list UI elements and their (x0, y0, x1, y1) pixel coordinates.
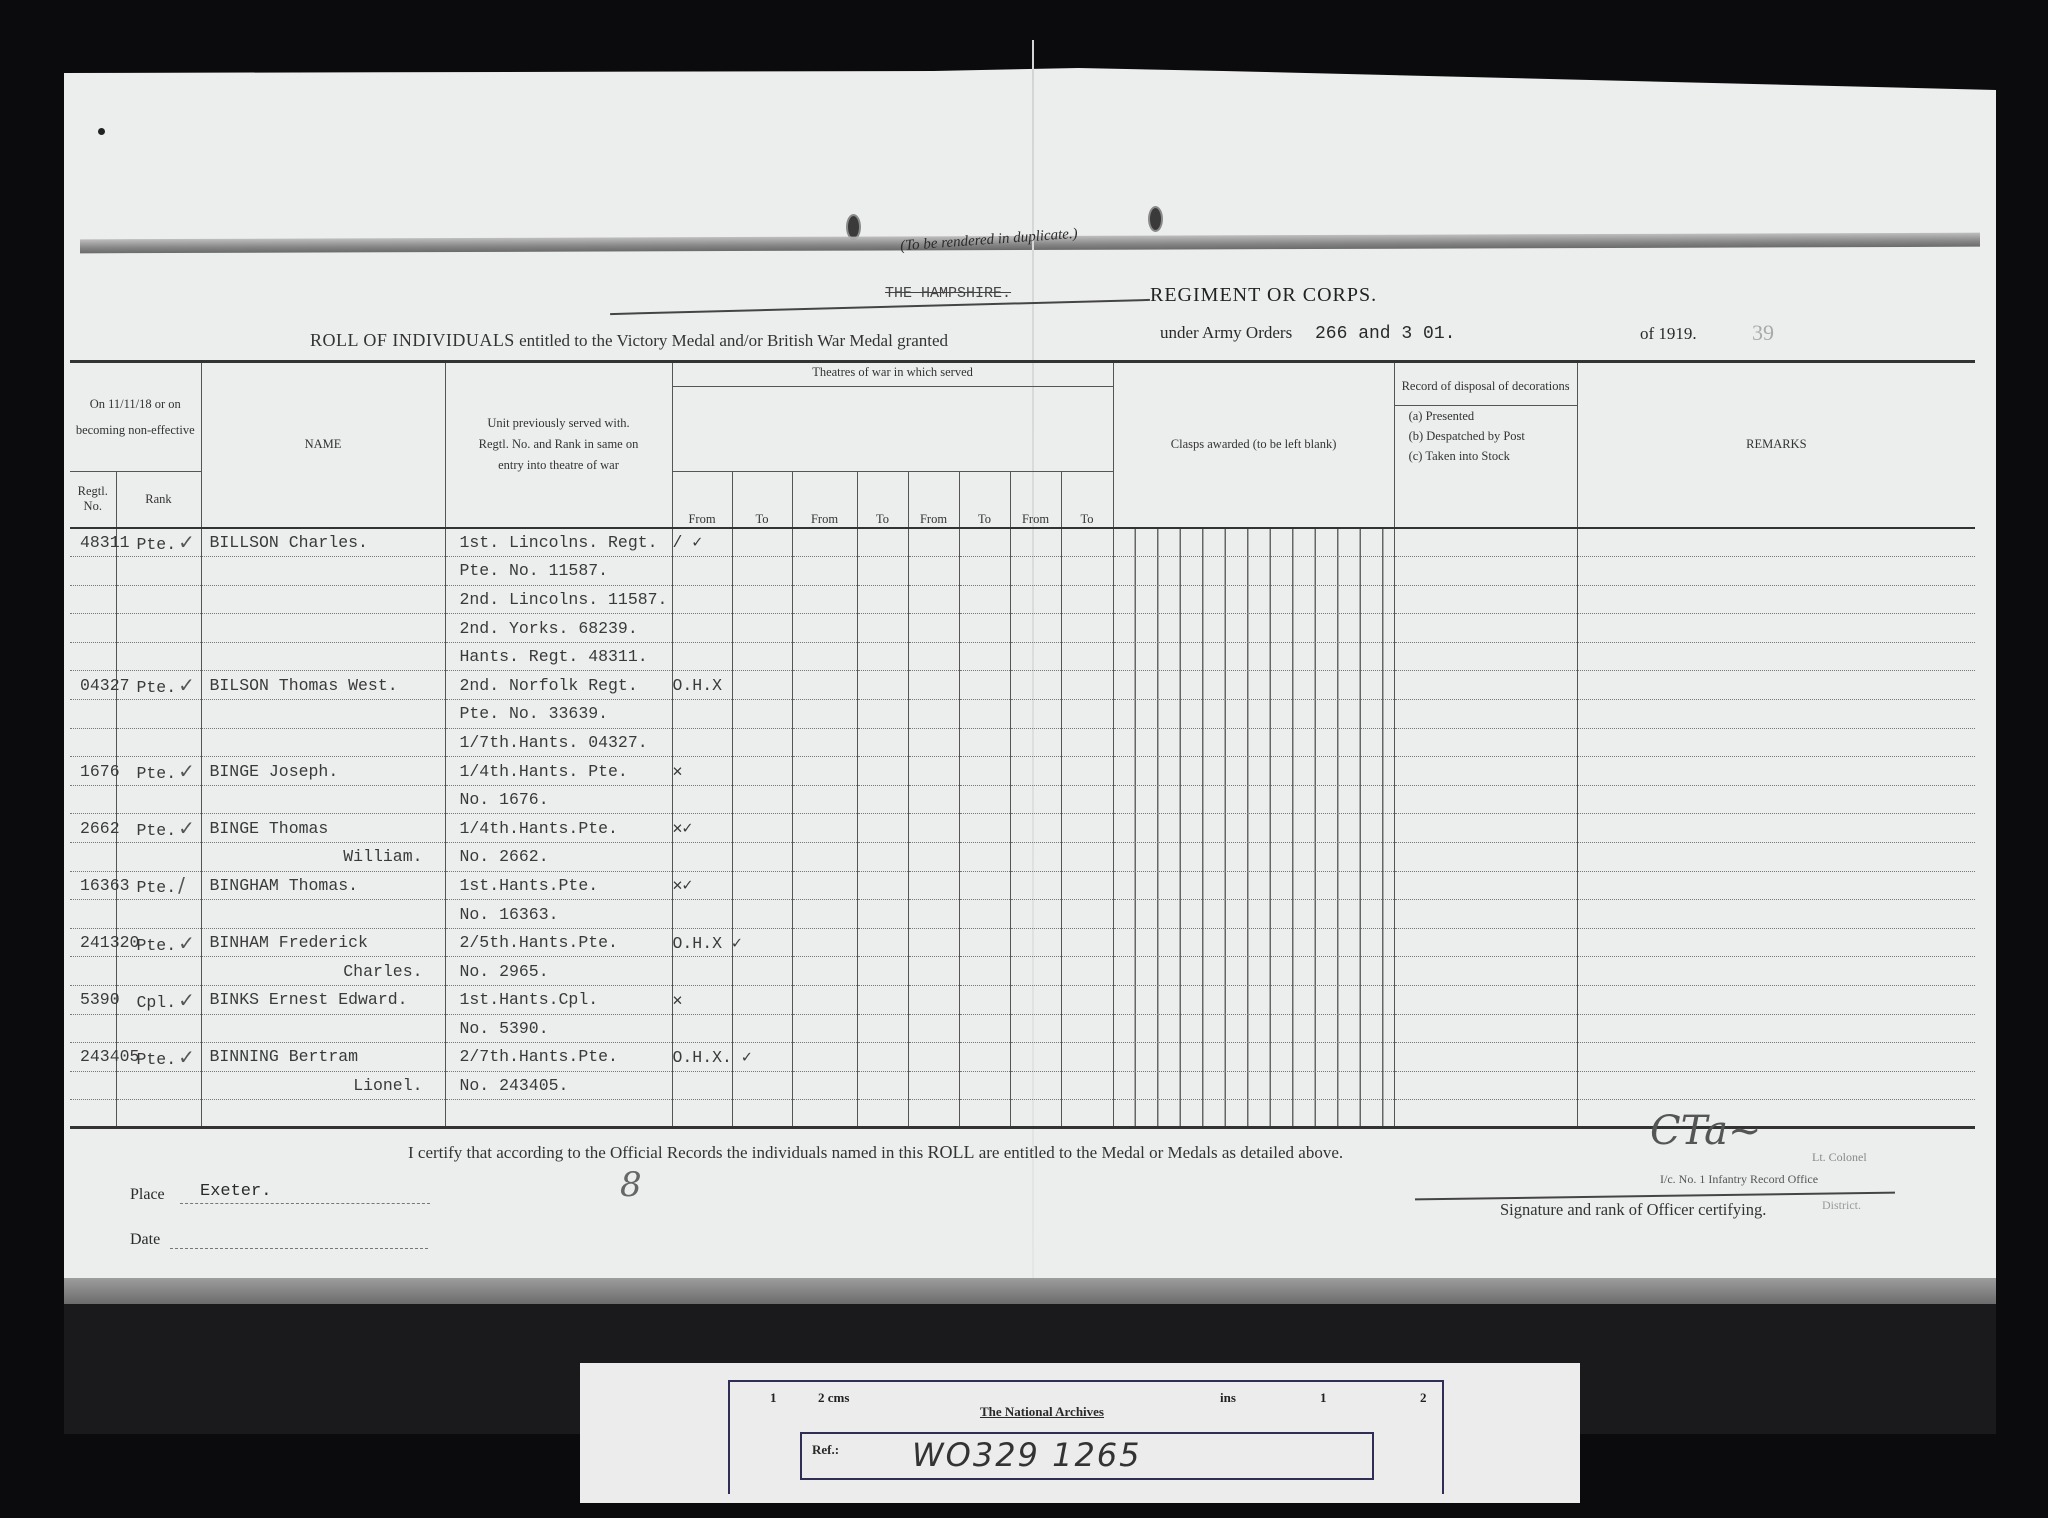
rank-cell (116, 557, 201, 586)
remarks-cell (1577, 1100, 1975, 1128)
theatre-cell (959, 700, 1010, 729)
theatre-cell (1061, 614, 1113, 643)
theatre-cell (857, 785, 908, 814)
name-cell (201, 557, 445, 586)
rank-cell (116, 900, 201, 929)
theatre-cell (1010, 614, 1061, 643)
clasps-cell (1113, 986, 1394, 1015)
clasps-cell (1113, 614, 1394, 643)
name-cell (201, 900, 445, 929)
record-cell (1394, 528, 1577, 557)
theatre-cell (792, 814, 857, 843)
theatre-cell (959, 642, 1010, 671)
roll-body: 48311Pte.✓BILLSON Charles.1st. Lincolns.… (70, 528, 1975, 1128)
regtl-no-cell: 48311 (70, 528, 116, 557)
theatre-cell (732, 843, 792, 872)
rank-cell (116, 728, 201, 757)
rank-cell (116, 1071, 201, 1100)
theatre-cell (1061, 642, 1113, 671)
unit-cell: Pte. No. 33639. (445, 700, 672, 729)
table-row: No. 16363. (70, 900, 1975, 929)
table-row: No. 1676. (70, 785, 1975, 814)
unit-cell: 1st. Lincolns. Regt. (445, 528, 672, 557)
remarks-cell (1577, 1014, 1975, 1043)
place-field: Exeter. (200, 1182, 271, 1201)
theatre-cell (792, 986, 857, 1015)
theatre-cell (1010, 585, 1061, 614)
unit-cell: 1/4th.Hants.Pte. (445, 814, 672, 843)
theatre-cell (908, 585, 959, 614)
regtl-no-cell: 04327 (70, 671, 116, 700)
unit-cell: No. 2662. (445, 843, 672, 872)
theatre-cell (792, 871, 857, 900)
theatre-cell (1010, 871, 1061, 900)
theatre-cell (857, 614, 908, 643)
remarks-cell (1577, 728, 1975, 757)
theatre-cell (732, 585, 792, 614)
theatre-cell (1010, 1014, 1061, 1043)
unit-cell: 2nd. Yorks. 68239. (445, 614, 672, 643)
theatre-cell (1010, 671, 1061, 700)
clasps-cell (1113, 557, 1394, 586)
district-stamp: District. (1822, 1198, 1861, 1213)
theatre-cell (792, 642, 857, 671)
record-cell (1394, 957, 1577, 986)
name-cell (201, 785, 445, 814)
theatre-cell (1061, 843, 1113, 872)
theatre-cell (732, 642, 792, 671)
remarks-cell (1577, 900, 1975, 929)
theatre-cell (1061, 928, 1113, 957)
theatre-cell (857, 957, 908, 986)
scale-cms-2: 2 cms (818, 1390, 849, 1406)
check-mark-icon: ✓ (178, 673, 195, 697)
theatre-cell (1010, 1043, 1061, 1072)
theatre-cell (732, 1100, 792, 1128)
regtl-no-cell: 1676 (70, 757, 116, 786)
theatre-cell (959, 814, 1010, 843)
rank-text: Pte. (137, 535, 177, 554)
regtl-no-cell (70, 1014, 116, 1043)
rank-header: Rank (116, 472, 201, 528)
table-row: 2nd. Yorks. 68239. (70, 614, 1975, 643)
theatre1-from-cell: / ✓ (672, 528, 732, 557)
table-row: Pte. No. 11587. (70, 557, 1975, 586)
status-group-header: On 11/11/18 or on becoming non-effective (70, 362, 201, 472)
theatre-cell (1010, 557, 1061, 586)
table-row: William.No. 2662. (70, 843, 1975, 872)
theatre1-from-cell: ✕✓ (672, 871, 732, 900)
rank-text: Cpl. (137, 993, 177, 1012)
clasps-cell (1113, 528, 1394, 557)
medal-roll-table: On 11/11/18 or on becoming non-effective… (70, 360, 1975, 1129)
clasps-cell (1113, 642, 1394, 671)
theatre-cell (792, 1100, 857, 1128)
regtl-no-cell (70, 700, 116, 729)
regtl-no-cell: 16363 (70, 871, 116, 900)
theatre-cell (857, 986, 908, 1015)
theatre-cell (908, 757, 959, 786)
table-row: Pte. No. 33639. (70, 700, 1975, 729)
regtl-no-cell (70, 785, 116, 814)
remarks-cell (1577, 614, 1975, 643)
record-cell (1394, 1014, 1577, 1043)
rank-text: Pte. (137, 764, 177, 783)
theatre1-from-cell: ✕ (672, 757, 732, 786)
certify-pre: I certify that according to the Official… (408, 1143, 923, 1162)
page-number: 39 (1752, 320, 1774, 346)
theatre-cell (1010, 785, 1061, 814)
regtl-no-cell (70, 585, 116, 614)
theatre-cell (857, 1043, 908, 1072)
theatre-cell (1010, 843, 1061, 872)
rank-cell (116, 785, 201, 814)
theatre1-from-cell (672, 557, 732, 586)
theatre-cell (959, 671, 1010, 700)
theatre-cell (857, 814, 908, 843)
theatre-cell (908, 728, 959, 757)
theatre-cell (1010, 986, 1061, 1015)
theatre-cell (959, 986, 1010, 1015)
theatre1-from-cell (672, 900, 732, 929)
regtl-no-header: Regtl. No. (70, 472, 116, 528)
record-title: Record of disposal of decorations (1395, 363, 1577, 406)
reference-box: Ref.: WO329 1265 (800, 1432, 1374, 1480)
record-cell (1394, 700, 1577, 729)
clasps-cell (1113, 728, 1394, 757)
regtl-no-cell (70, 1071, 116, 1100)
theatre-cell (792, 928, 857, 957)
theatre-cell (857, 671, 908, 700)
unit-cell: 1/7th.Hants. 04327. (445, 728, 672, 757)
record-header: Record of disposal of decorations (a) Pr… (1394, 362, 1577, 528)
clasps-cell (1113, 700, 1394, 729)
theatre-cell (959, 585, 1010, 614)
theatre-cell (857, 528, 908, 557)
theatre-cell (959, 528, 1010, 557)
name-cell: BINKS Ernest Edward. (201, 986, 445, 1015)
record-cell (1394, 728, 1577, 757)
theatre-cell (1010, 728, 1061, 757)
theatre-cell (1061, 1043, 1113, 1072)
rank-cell: Cpl.✓ (116, 986, 201, 1015)
theatre-cell (732, 757, 792, 786)
theatre-cell (792, 1071, 857, 1100)
rank-cell (116, 843, 201, 872)
theatre-cell (732, 671, 792, 700)
theatre-cell (1061, 671, 1113, 700)
remarks-cell (1577, 585, 1975, 614)
theatre-cell (908, 871, 959, 900)
remarks-cell (1577, 957, 1975, 986)
theatre1-from-cell: O.H.X ✓ (672, 928, 732, 957)
theatre-cell (1010, 700, 1061, 729)
regtl-no-cell (70, 900, 116, 929)
theatre-cell (732, 614, 792, 643)
theatre-cell (959, 1014, 1010, 1043)
check-mark-icon: ✓ (178, 816, 195, 840)
theatre-cell (1061, 814, 1113, 843)
record-option-a: (a) Presented (1409, 406, 1577, 426)
remarks-cell (1577, 928, 1975, 957)
punch-hole-right-icon (1148, 206, 1163, 232)
theatre-cell (1010, 814, 1061, 843)
roll-title-rest: entitled to the Victory Medal and/or Bri… (519, 331, 948, 350)
clasps-cell (1113, 1100, 1394, 1128)
theatre1-from-cell (672, 785, 732, 814)
check-mark-icon: ✓ (178, 759, 195, 783)
reference-label: Ref.: (812, 1442, 839, 1458)
rank-cell: Pte.✓ (116, 814, 201, 843)
theatre-cell (1061, 557, 1113, 586)
clasps-cell (1113, 814, 1394, 843)
table-row: 1676Pte.✓BINGE Joseph.1/4th.Hants. Pte.✕ (70, 757, 1975, 786)
ink-dot (98, 128, 105, 135)
theatre-cell (792, 585, 857, 614)
copy-edge-grey-band (64, 1278, 1996, 1304)
theatre-cell (1010, 528, 1061, 557)
regtl-no-cell: 243405 (70, 1043, 116, 1072)
theatre-cell (959, 1071, 1010, 1100)
name-cell (201, 585, 445, 614)
name-cell: BINGHAM Thomas. (201, 871, 445, 900)
theatre-cell (959, 1100, 1010, 1128)
archive-title: The National Archives (980, 1404, 1104, 1420)
name-cell (201, 642, 445, 671)
remarks-cell (1577, 871, 1975, 900)
theatre1-from: From (672, 472, 732, 528)
certification-text: I certify that according to the Official… (408, 1142, 1343, 1163)
theatre-cell (1010, 1071, 1061, 1100)
unit-cell: No. 16363. (445, 900, 672, 929)
name-cell: BILLSON Charles. (201, 528, 445, 557)
theatre-cell (1061, 1071, 1113, 1100)
theatre1-from-cell: ✕✓ (672, 814, 732, 843)
regiment-label: REGIMENT OR CORPS. (1150, 284, 1377, 307)
regtl-no-cell (70, 557, 116, 586)
clasps-cell (1113, 1043, 1394, 1072)
rank-text: Pte. (137, 936, 177, 955)
place-label: Place (130, 1186, 165, 1204)
table-row: 243405Pte.✓BINNING Bertram2/7th.Hants.Pt… (70, 1043, 1975, 1072)
theatre-cell (732, 785, 792, 814)
theatre-cell (1061, 728, 1113, 757)
theatre3-from: From (908, 472, 959, 528)
year-label: of 1919. (1640, 324, 1697, 344)
theatre-cell (792, 1043, 857, 1072)
signature-label: Signature and rank of Officer certifying… (1500, 1200, 1766, 1220)
name-cell: BINNING Bertram (201, 1043, 445, 1072)
record-cell (1394, 785, 1577, 814)
theatre-cell (1061, 757, 1113, 786)
theatre1-from-cell: ✕ (672, 986, 732, 1015)
theatre-cell (1061, 900, 1113, 929)
theatre-cell (1061, 1100, 1113, 1128)
place-underline (180, 1203, 430, 1204)
clasps-header: Clasps awarded (to be left blank) (1113, 362, 1394, 528)
theatres-title: Theatres of war in which served (673, 363, 1113, 387)
theatre-cell (959, 614, 1010, 643)
theatre-cell (732, 557, 792, 586)
table-row: 2662Pte.✓BINGE Thomas1/4th.Hants.Pte.✕✓ (70, 814, 1975, 843)
theatre-cell (1010, 900, 1061, 929)
remarks-cell (1577, 642, 1975, 671)
record-option-c: (c) Taken into Stock (1409, 446, 1577, 466)
theatre-cell (792, 957, 857, 986)
theatre1-from-cell (672, 1071, 732, 1100)
theatre-cell (732, 986, 792, 1015)
theatre-cell (732, 900, 792, 929)
date-field (170, 1248, 428, 1249)
theatre-cell (908, 785, 959, 814)
theatre-cell (732, 814, 792, 843)
table-row: Lionel.No. 243405. (70, 1071, 1975, 1100)
theatre-cell (1061, 585, 1113, 614)
rank-cell (116, 585, 201, 614)
unit-cell: 2/7th.Hants.Pte. (445, 1043, 672, 1072)
rank-cell (116, 642, 201, 671)
theatre1-from-cell (672, 1014, 732, 1043)
rank-text: Pte. (137, 878, 177, 897)
regtl-no-cell: 5390 (70, 986, 116, 1015)
theatre-cell (908, 671, 959, 700)
rank-text: Pte. (137, 821, 177, 840)
theatre-cell (857, 843, 908, 872)
clasps-cell (1113, 757, 1394, 786)
theatre-cell (732, 957, 792, 986)
name-cell (201, 728, 445, 757)
regtl-no-cell: 2662 (70, 814, 116, 843)
rank-cell (116, 700, 201, 729)
handwritten-mark: 8 (620, 1165, 642, 1205)
rank-text: Pte. (137, 678, 177, 697)
theatre-cell (908, 614, 959, 643)
check-mark-icon: / (178, 873, 185, 897)
theatre-cell (1010, 928, 1061, 957)
theatre-cell (857, 757, 908, 786)
theatre-cell (908, 528, 959, 557)
theatre-cell (857, 557, 908, 586)
theatre2-from: From (792, 472, 857, 528)
clasps-cell (1113, 671, 1394, 700)
theatre1-to: To (732, 472, 792, 528)
record-cell (1394, 1071, 1577, 1100)
theatre-cell (857, 900, 908, 929)
theatre-cell (959, 757, 1010, 786)
scale-cms-1: 1 (770, 1390, 777, 1406)
theatre-cell (857, 642, 908, 671)
theatre-cell (959, 900, 1010, 929)
theatre-cell (857, 700, 908, 729)
check-mark-icon: ✓ (178, 988, 195, 1012)
theatre-cell (857, 871, 908, 900)
theatre-cell (1061, 1014, 1113, 1043)
theatre-cell (732, 528, 792, 557)
theatre-cell (792, 900, 857, 929)
record-cell (1394, 814, 1577, 843)
name-cell: BINGE Joseph. (201, 757, 445, 786)
theatres-header: Theatres of war in which served (672, 362, 1113, 472)
unit-cell: Hants. Regt. 48311. (445, 642, 672, 671)
theatre-cell (732, 700, 792, 729)
name-cell: William. (201, 843, 445, 872)
rank-stamp: Lt. Colonel (1812, 1150, 1867, 1165)
remarks-cell (1577, 557, 1975, 586)
theatre-cell (908, 928, 959, 957)
clasps-cell (1113, 957, 1394, 986)
table-row: 04327Pte.✓BILSON Thomas West.2nd. Norfol… (70, 671, 1975, 700)
theatre-cell (1010, 757, 1061, 786)
scale-ins-2: 2 (1420, 1390, 1427, 1406)
record-cell (1394, 871, 1577, 900)
record-cell (1394, 843, 1577, 872)
theatre-cell (908, 814, 959, 843)
table-row: 5390Cpl.✓BINKS Ernest Edward.1st.Hants.C… (70, 986, 1975, 1015)
regtl-no-cell (70, 843, 116, 872)
theatre-cell (732, 1071, 792, 1100)
table-row: No. 5390. (70, 1014, 1975, 1043)
roll-title-bold: ROLL OF INDIVIDUALS (310, 330, 515, 350)
theatre-cell (959, 557, 1010, 586)
theatre1-from-cell (672, 1100, 732, 1128)
theatre-cell (792, 700, 857, 729)
theatre-cell (1010, 957, 1061, 986)
name-cell: Charles. (201, 957, 445, 986)
clasps-cell (1113, 1071, 1394, 1100)
regtl-no-cell (70, 957, 116, 986)
table-row: 16363Pte./BINGHAM Thomas.1st.Hants.Pte.✕… (70, 871, 1975, 900)
theatre-cell (908, 1014, 959, 1043)
remarks-cell (1577, 757, 1975, 786)
unit-cell: 1/4th.Hants. Pte. (445, 757, 672, 786)
theatre-cell (959, 957, 1010, 986)
regiment-name-struck: THE HAMPSHIRE. (885, 285, 1011, 302)
theatre-cell (857, 928, 908, 957)
theatre-cell (732, 871, 792, 900)
unit-cell: 2/5th.Hants.Pte. (445, 928, 672, 957)
roll-title: ROLL OF INDIVIDUALS entitled to the Vict… (310, 330, 948, 351)
unit-cell: Pte. No. 11587. (445, 557, 672, 586)
clasps-cell (1113, 585, 1394, 614)
record-cell (1394, 642, 1577, 671)
record-cell (1394, 585, 1577, 614)
remarks-cell (1577, 671, 1975, 700)
regtl-no-cell (70, 614, 116, 643)
regtl-no-cell: 241320 (70, 928, 116, 957)
name-cell (201, 1100, 445, 1128)
name-cell: BINHAM Frederick (201, 928, 445, 957)
record-cell (1394, 671, 1577, 700)
rank-text: Pte. (137, 1050, 177, 1069)
archive-reference-card: 1 2 cms ins 1 2 The National Archives Re… (728, 1380, 1444, 1494)
clasps-cell (1113, 1014, 1394, 1043)
theatre-cell (908, 957, 959, 986)
theatre-cell (908, 1043, 959, 1072)
remarks-cell (1577, 700, 1975, 729)
theatre-cell (959, 928, 1010, 957)
theatre-cell (908, 557, 959, 586)
certify-bold: ROLL (927, 1142, 974, 1162)
theatre-cell (792, 785, 857, 814)
clasps-cell (1113, 928, 1394, 957)
theatre1-from-cell (672, 585, 732, 614)
reference-value: WO329 1265 (912, 1436, 1142, 1474)
theatre-cell (1010, 1100, 1061, 1128)
check-mark-icon: ✓ (178, 1045, 195, 1069)
theatre-cell (908, 843, 959, 872)
theatre-cell (1061, 528, 1113, 557)
name-cell (201, 1014, 445, 1043)
